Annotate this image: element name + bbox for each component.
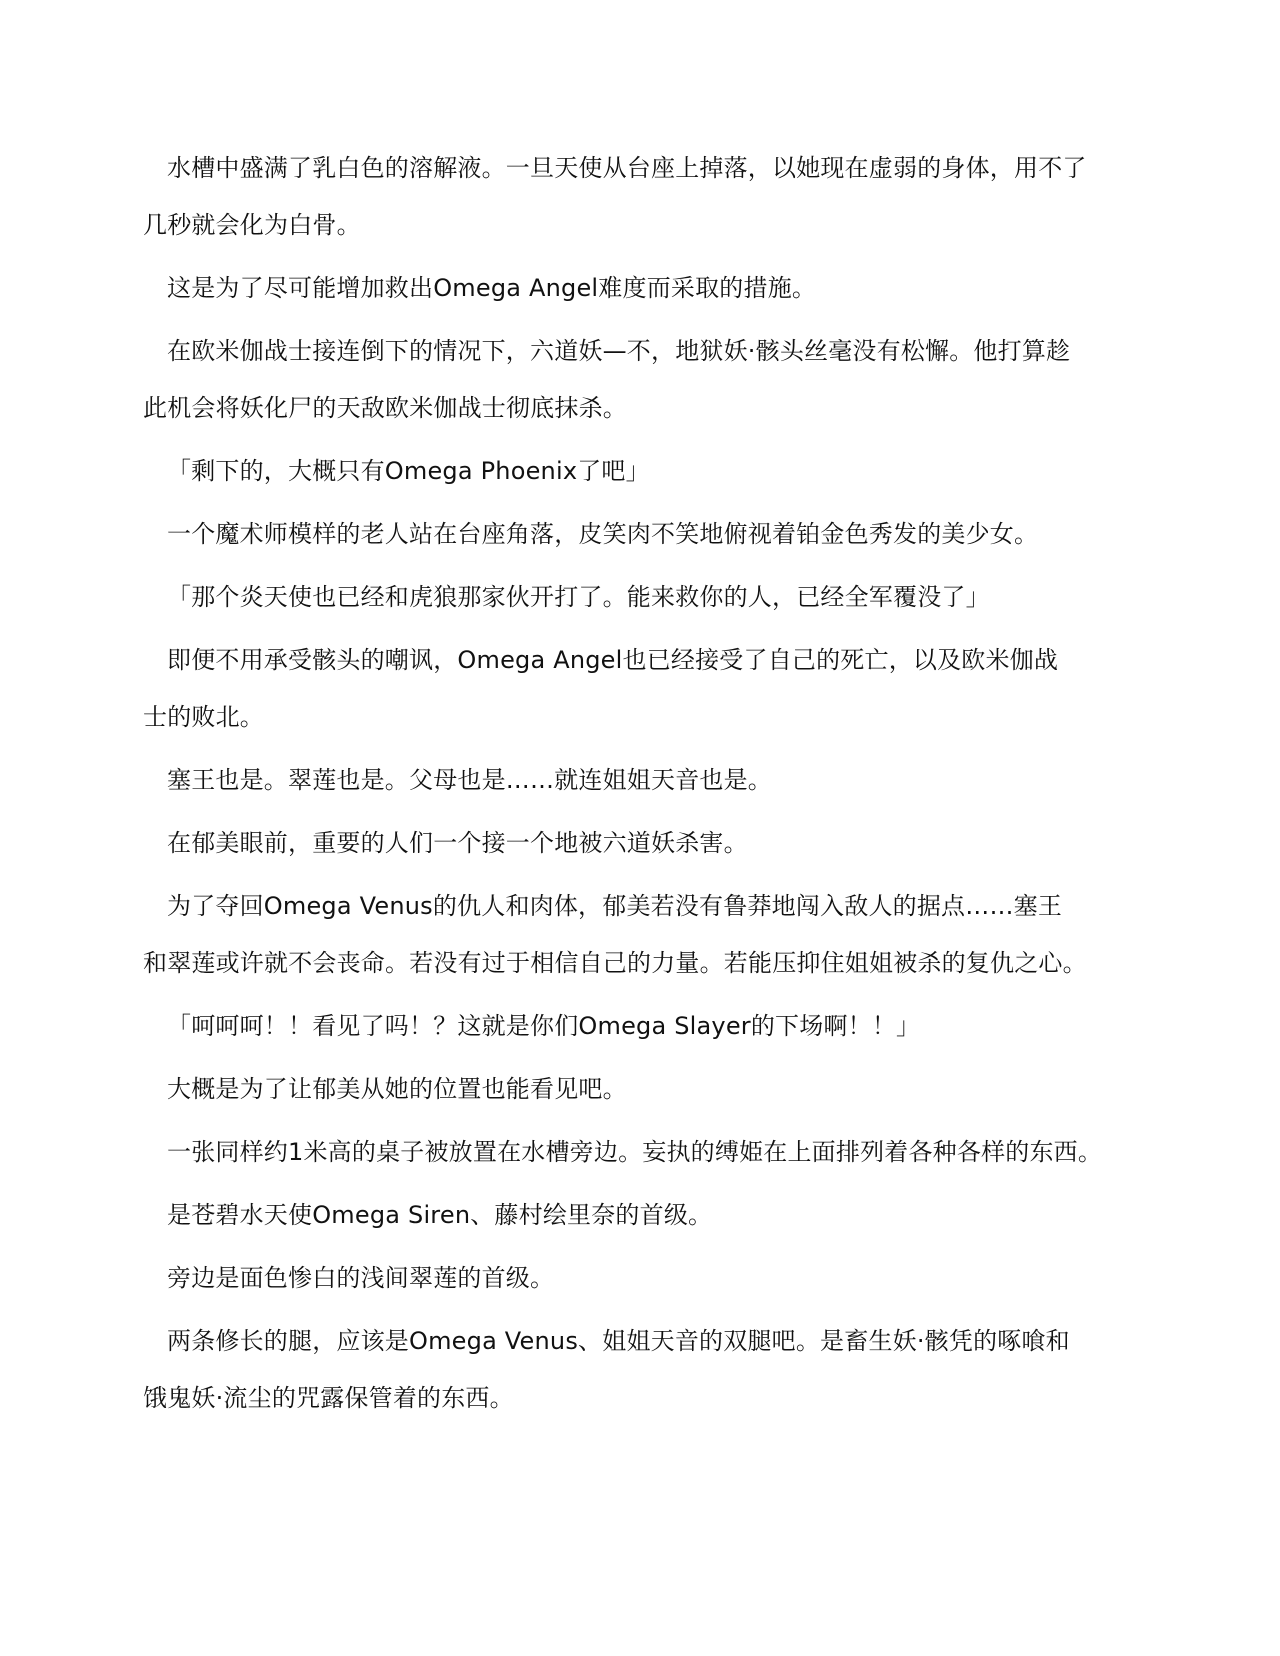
document-page: 水槽中盛满了乳白色的溶解液。一旦天使从台座上掉落，以她现在虚弱的身体，用不了 几… xyxy=(143,140,1103,1427)
text-line: 两条修长的腿，应该是Omega Venus、姐姐天音的双腿吧。是畜生妖·骸凭的啄… xyxy=(143,1313,1103,1370)
text-line: 士的败北。 xyxy=(143,689,1103,746)
paragraph: 是苍碧水天使Omega Siren、藤村绘里奈的首级。 xyxy=(143,1187,1103,1244)
paragraph: 在欧米伽战士接连倒下的情况下，六道妖—不，地狱妖·骸头丝毫没有松懈。他打算趁 此… xyxy=(143,323,1103,437)
paragraph: 水槽中盛满了乳白色的溶解液。一旦天使从台座上掉落，以她现在虚弱的身体，用不了 几… xyxy=(143,140,1103,254)
paragraph: 这是为了尽可能增加救出Omega Angel难度而采取的措施。 xyxy=(143,260,1103,317)
text-line: 和翠莲或许就不会丧命。若没有过于相信自己的力量。若能压抑住姐姐被杀的复仇之心。 xyxy=(143,935,1103,992)
text-line: 「那个炎天使也已经和虎狼那家伙开打了。能来救你的人，已经全军覆没了」 xyxy=(143,569,1103,626)
paragraph: 塞王也是。翠莲也是。父母也是……就连姐姐天音也是。 xyxy=(143,752,1103,809)
text-line: 是苍碧水天使Omega Siren、藤村绘里奈的首级。 xyxy=(143,1187,1103,1244)
text-line: 水槽中盛满了乳白色的溶解液。一旦天使从台座上掉落，以她现在虚弱的身体，用不了 xyxy=(143,140,1103,197)
paragraph: 大概是为了让郁美从她的位置也能看见吧。 xyxy=(143,1061,1103,1118)
text-line: 塞王也是。翠莲也是。父母也是……就连姐姐天音也是。 xyxy=(143,752,1103,809)
text-line: 饿鬼妖·流尘的咒露保管着的东西。 xyxy=(143,1370,1103,1427)
paragraph: 即便不用承受骸头的嘲讽，Omega Angel也已经接受了自己的死亡，以及欧米伽… xyxy=(143,632,1103,746)
text-line: 「剩下的，大概只有Omega Phoenix了吧」 xyxy=(143,443,1103,500)
paragraph: 为了夺回Omega Venus的仇人和肉体，郁美若没有鲁莽地闯入敌人的据点……塞… xyxy=(143,878,1103,992)
text-line: 这是为了尽可能增加救出Omega Angel难度而采取的措施。 xyxy=(143,260,1103,317)
text-line: 在欧米伽战士接连倒下的情况下，六道妖—不，地狱妖·骸头丝毫没有松懈。他打算趁 xyxy=(143,323,1103,380)
dialogue-paragraph: 「剩下的，大概只有Omega Phoenix了吧」 xyxy=(143,443,1103,500)
paragraph: 在郁美眼前，重要的人们一个接一个地被六道妖杀害。 xyxy=(143,815,1103,872)
paragraph: 旁边是面色惨白的浅间翠莲的首级。 xyxy=(143,1250,1103,1307)
text-line: 即便不用承受骸头的嘲讽，Omega Angel也已经接受了自己的死亡，以及欧米伽… xyxy=(143,632,1103,689)
dialogue-paragraph: 「呵呵呵！！看见了吗！？这就是你们Omega Slayer的下场啊！！」 xyxy=(143,998,1103,1055)
paragraph: 一张同样约1米高的桌子被放置在水槽旁边。妄执的缚姫在上面排列着各种各样的东西。 xyxy=(143,1124,1103,1181)
paragraph: 两条修长的腿，应该是Omega Venus、姐姐天音的双腿吧。是畜生妖·骸凭的啄… xyxy=(143,1313,1103,1427)
text-line: 为了夺回Omega Venus的仇人和肉体，郁美若没有鲁莽地闯入敌人的据点……塞… xyxy=(143,878,1103,935)
text-line: 大概是为了让郁美从她的位置也能看见吧。 xyxy=(143,1061,1103,1118)
paragraph: 一个魔术师模样的老人站在台座角落，皮笑肉不笑地俯视着铂金色秀发的美少女。 xyxy=(143,506,1103,563)
text-line: 在郁美眼前，重要的人们一个接一个地被六道妖杀害。 xyxy=(143,815,1103,872)
text-line: 几秒就会化为白骨。 xyxy=(143,197,1103,254)
dialogue-paragraph: 「那个炎天使也已经和虎狼那家伙开打了。能来救你的人，已经全军覆没了」 xyxy=(143,569,1103,626)
text-line: 「呵呵呵！！看见了吗！？这就是你们Omega Slayer的下场啊！！」 xyxy=(143,998,1103,1055)
text-line: 旁边是面色惨白的浅间翠莲的首级。 xyxy=(143,1250,1103,1307)
text-line: 一个魔术师模样的老人站在台座角落，皮笑肉不笑地俯视着铂金色秀发的美少女。 xyxy=(143,506,1103,563)
text-line: 一张同样约1米高的桌子被放置在水槽旁边。妄执的缚姫在上面排列着各种各样的东西。 xyxy=(143,1124,1103,1181)
text-line: 此机会将妖化尸的天敌欧米伽战士彻底抹杀。 xyxy=(143,380,1103,437)
